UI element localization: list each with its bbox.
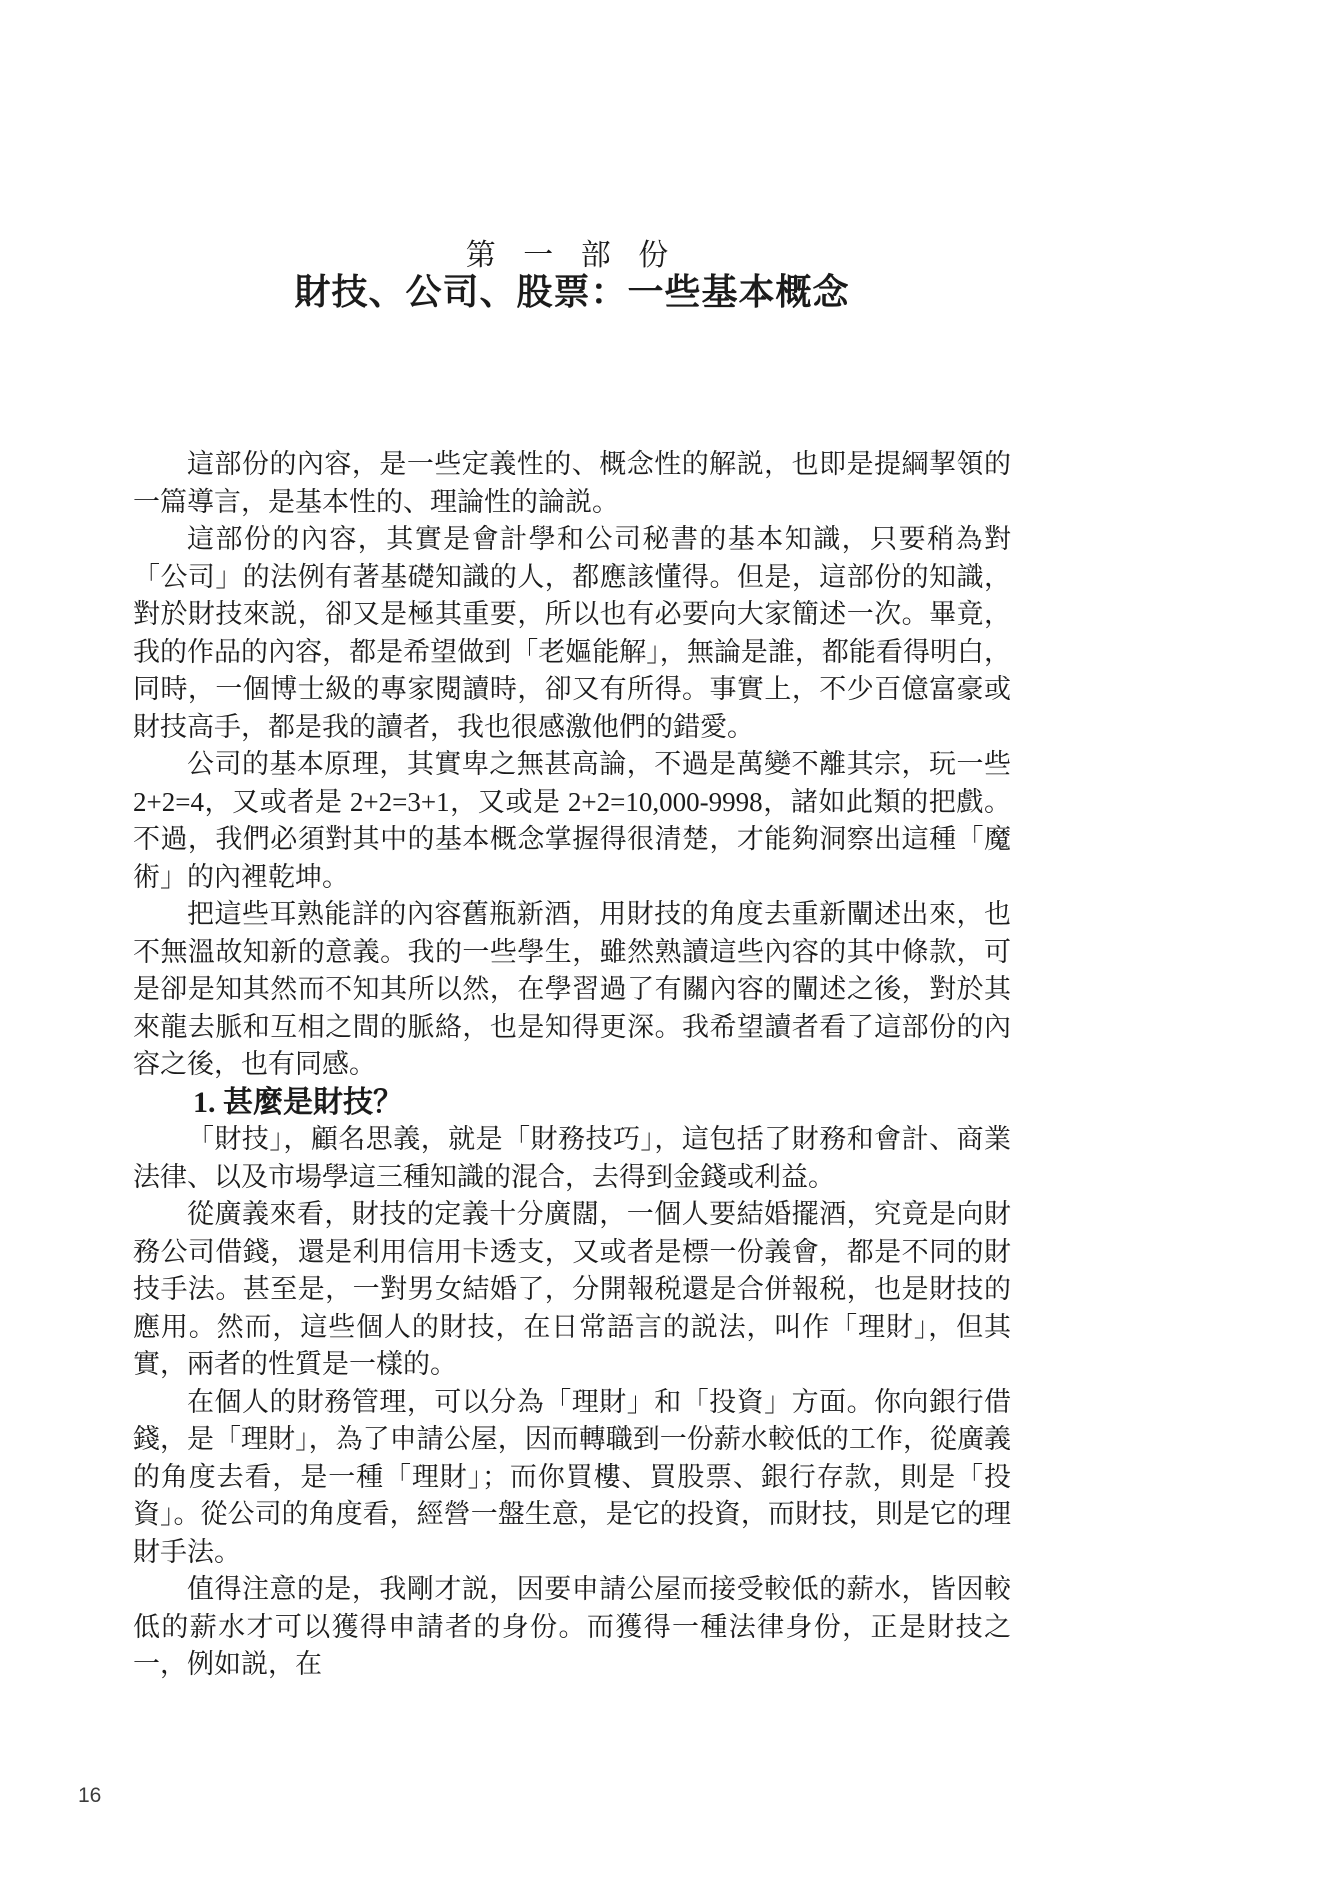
book-page: 第 一 部 份 財技、公司、股票：一些基本概念 這部份的內容，是一些定義性的、概… [0, 0, 1339, 1890]
section1-paragraph-4: 值得注意的是，我剛才説，因要申請公屋而接受較低的薪水，皆因較低的薪水才可以獲得申… [133, 1571, 1011, 1684]
section1-paragraph-1: 「財技」，顧名思義，就是「財務技巧」，這包括了財務和會計、商業法律、以及市場學這… [133, 1121, 1011, 1196]
page-number: 16 [78, 1784, 101, 1808]
intro-paragraph-1: 這部份的內容，是一些定義性的、概念性的解説，也即是提綱挈領的一篇導言，是基本性的… [133, 446, 1011, 521]
section1-paragraph-2: 從廣義來看，財技的定義十分廣闊，一個人要結婚擺酒，究竟是向財務公司借錢，還是利用… [133, 1196, 1011, 1384]
section1-paragraph-3: 在個人的財務管理，可以分為「理財」和「投資」方面。你向銀行借錢，是「理財」，為了… [133, 1384, 1011, 1572]
intro-paragraph-4: 把這些耳熟能詳的內容舊瓶新酒，用財技的角度去重新闡述出來，也不無溫故知新的意義。… [133, 896, 1011, 1084]
part-title: 財技、公司、股票：一些基本概念 [133, 264, 1011, 315]
intro-paragraph-3: 公司的基本原理，其實卑之無甚高論，不過是萬變不離其宗，玩一些 2+2=4，又或者… [133, 746, 1011, 896]
intro-paragraph-2: 這部份的內容，其實是會計學和公司秘書的基本知識，只要稍為對「公司」的法例有著基礎… [133, 521, 1011, 746]
section-heading-1: 1. 甚麼是財技？ [133, 1084, 1011, 1122]
body-text-column: 這部份的內容，是一些定義性的、概念性的解説，也即是提綱挈領的一篇導言，是基本性的… [133, 446, 1011, 1684]
